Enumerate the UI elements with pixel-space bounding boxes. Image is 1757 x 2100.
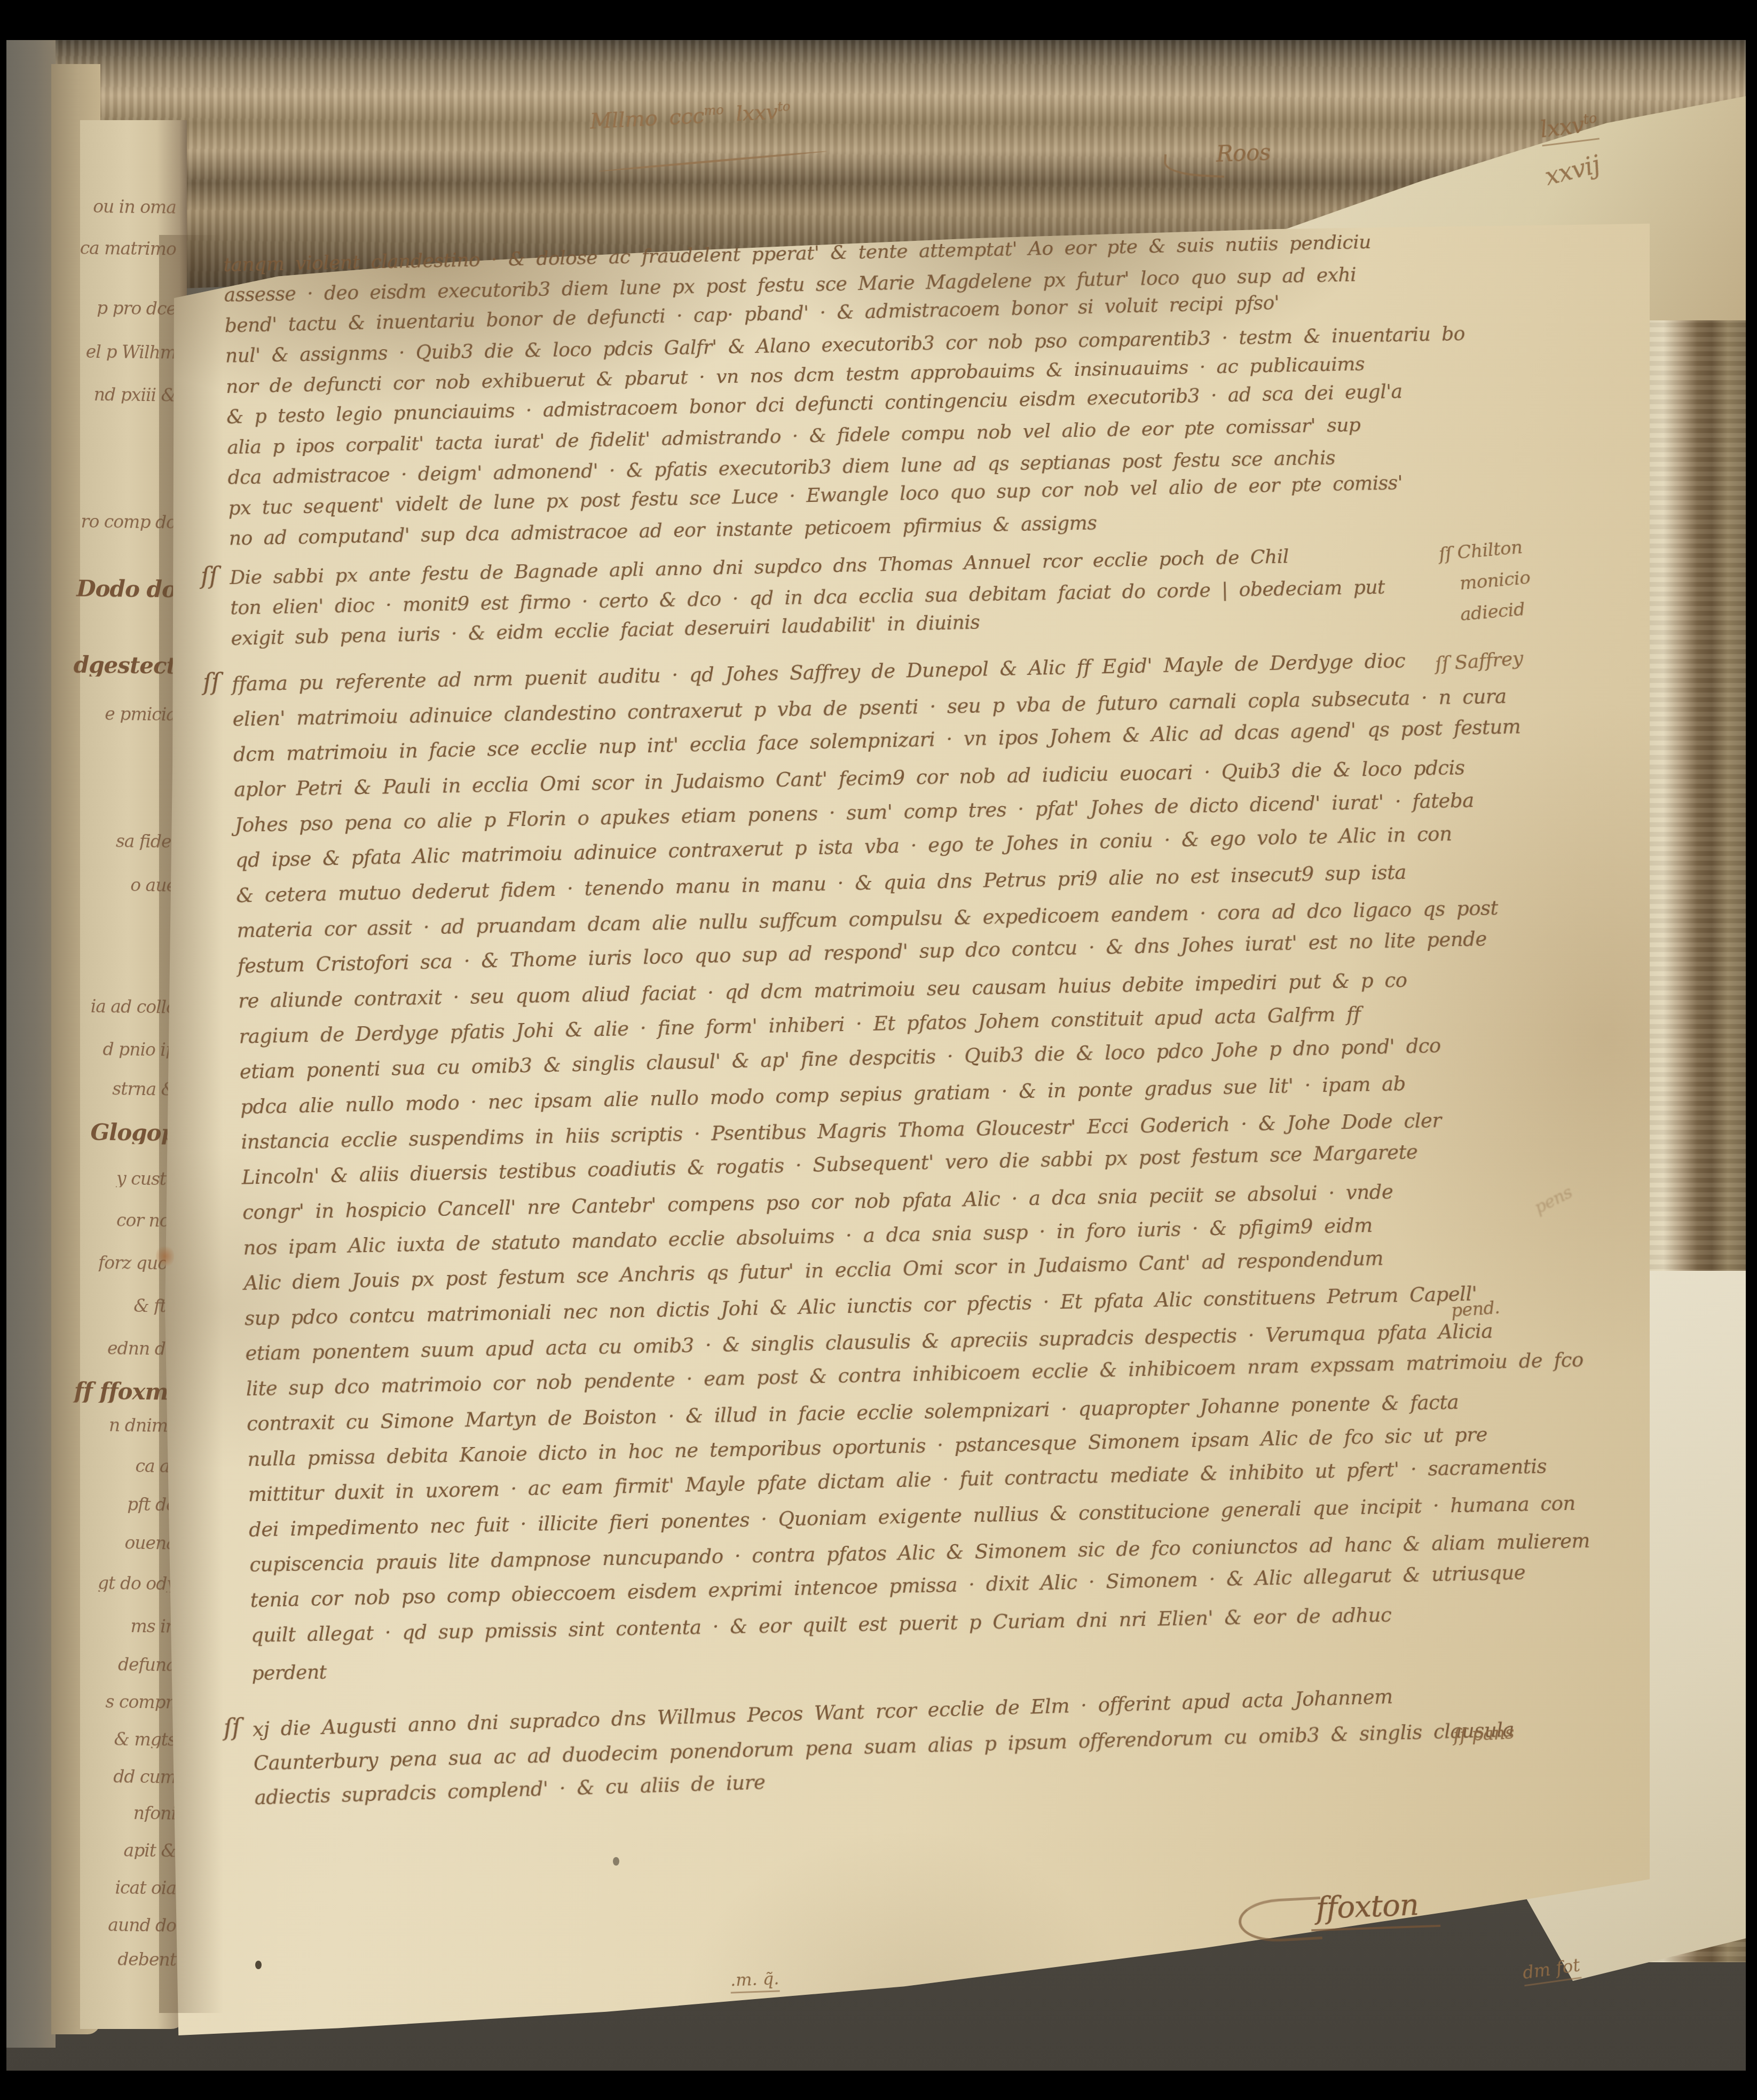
paragraph-mark: ſſ xyxy=(223,1711,241,1745)
paragraph-saffrey-entry: ſſffama pu referente ad nrm puenit audit… xyxy=(232,642,1463,1653)
manuscript-photo: ou in oma ca matrimo p pro dce el p Wilh… xyxy=(0,0,1757,2100)
fragment-text: ou in oma xyxy=(0,196,191,216)
year-superscript: mo xyxy=(704,103,724,119)
paragraph-continuation: tanqm violent clandestino · & dolose ac … xyxy=(223,225,1441,554)
ink-speck xyxy=(613,1857,619,1866)
year-end: lxxv xyxy=(735,100,778,127)
marginal-note-pend-final: ſſ pans xyxy=(1453,1722,1515,1747)
marginal-note-chilton: ſſ Chilton monicio adiecid xyxy=(1438,531,1534,632)
paragraph-mark: ſſ xyxy=(203,665,220,701)
ink-speck xyxy=(255,1961,262,1969)
paragraph-chilton-entry: ſſDie sabbi px ante festu de Bagnade apl… xyxy=(230,538,1443,654)
marginal-note-pend: pend. xyxy=(1451,1297,1501,1321)
registrar-signature: ffoxton xyxy=(1310,1887,1441,1931)
folio-superscript: to xyxy=(1582,111,1598,128)
folio-main: lxxv xyxy=(1539,112,1586,143)
quire-mark: .m. q̃. xyxy=(730,1968,779,1993)
name-heading: Roos xyxy=(1216,139,1271,167)
year-superscript: to xyxy=(777,99,791,114)
red-stain xyxy=(156,1244,174,1269)
paragraph-mark: ſſ xyxy=(201,561,218,592)
gutter-shadow xyxy=(159,235,223,2013)
main-text-block: tanqm violent clandestino · & dolose ac … xyxy=(223,225,1466,1810)
